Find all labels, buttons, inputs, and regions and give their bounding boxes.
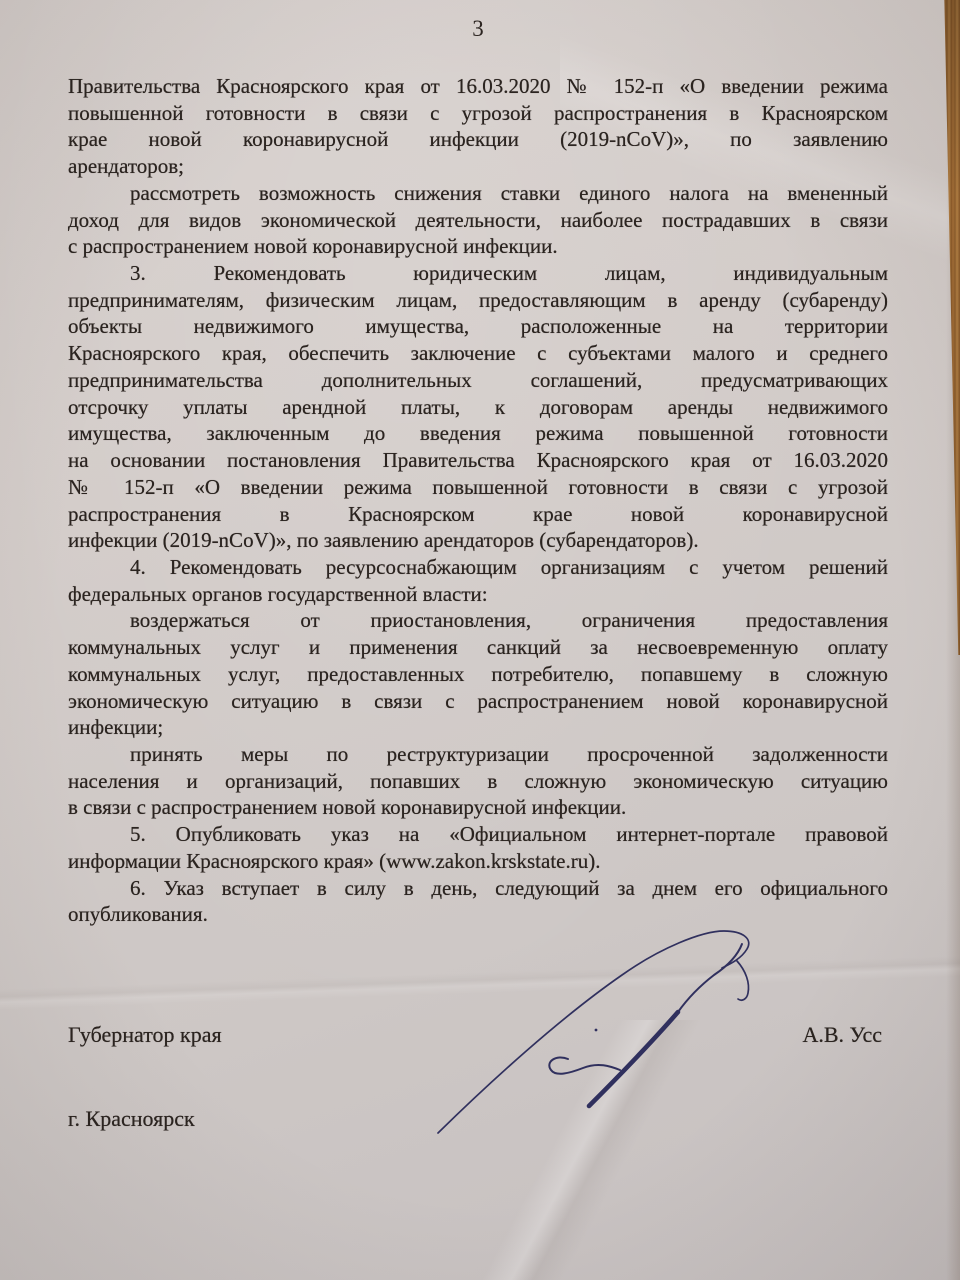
document-body: Правительства Красноярского края от 16.0…: [68, 73, 888, 928]
document-line: Красноярского края, обеспечить заключени…: [68, 340, 888, 367]
signature-place-label: г. Красноярск: [68, 1106, 195, 1132]
signer-position-label: Губернатор края: [68, 1022, 222, 1048]
document-line: коммунальных услуг и применения санкций …: [68, 634, 888, 661]
document-line: на основании постановления Правительства…: [68, 447, 888, 474]
document-line: доход для видов экономической деятельнос…: [68, 207, 888, 234]
document-line: принять меры по реструктуризации просроч…: [68, 741, 888, 768]
document-line: населения и организаций, попавших в слож…: [68, 768, 888, 795]
document-line: предпринимательства дополнительных согла…: [68, 367, 888, 394]
document-line: объекты недвижимого имущества, расположе…: [68, 313, 888, 340]
document-line: 6. Указ вступает в силу в день, следующи…: [68, 875, 888, 902]
document-line: 4. Рекомендовать ресурсоснабжающим орган…: [68, 554, 888, 581]
document-photo: 3 Правительства Красноярского края от 16…: [0, 0, 960, 1280]
document-line: воздержаться от приостановления, огранич…: [68, 607, 888, 634]
document-line: информации Красноярского края» (www.zako…: [68, 848, 888, 875]
document-line: повышенной готовности в связи с угрозой …: [68, 100, 888, 127]
document-line: отсрочку уплаты арендной платы, к догово…: [68, 394, 888, 421]
document-line: арендаторов;: [68, 153, 888, 180]
wood-table-edge: [943, 0, 960, 655]
page-number: 3: [0, 16, 956, 42]
document-line: опубликования.: [68, 901, 888, 928]
document-line: № 152-п «О введении режима повышенной го…: [68, 474, 888, 501]
document-line: в связи с распространением новой коронав…: [68, 794, 888, 821]
signature-block: Губернатор края А.В. Усс: [68, 1022, 882, 1048]
paper-crease: [0, 950, 960, 1010]
document-line: инфекции;: [68, 714, 888, 741]
document-line: крае новой коронавирусной инфекции (2019…: [68, 126, 888, 153]
document-line: федеральных органов государственной влас…: [68, 581, 888, 608]
document-line: рассмотреть возможность снижения ставки …: [68, 180, 888, 207]
document-line: 3. Рекомендовать юридическим лицам, инди…: [68, 260, 888, 287]
document-line: 5. Опубликовать указ на «Официальном инт…: [68, 821, 888, 848]
document-line: Правительства Красноярского края от 16.0…: [68, 73, 888, 100]
document-line: инфекции (2019-nCoV)», по заявлению арен…: [68, 527, 888, 554]
document-line: распространения в Красноярском крае ново…: [68, 501, 888, 528]
document-line: экономическую ситуацию в связи с распрос…: [68, 688, 888, 715]
signer-name: А.В. Усс: [802, 1022, 882, 1048]
document-line: предпринимателям, физическим лицам, пред…: [68, 287, 888, 314]
document-line: с распространением новой коронавирусной …: [68, 233, 888, 260]
document-line: имущества, заключенным до введения режим…: [68, 420, 888, 447]
document-line: коммунальных услуг, предоставленных потр…: [68, 661, 888, 688]
paper-crease: [280, 1020, 880, 1280]
